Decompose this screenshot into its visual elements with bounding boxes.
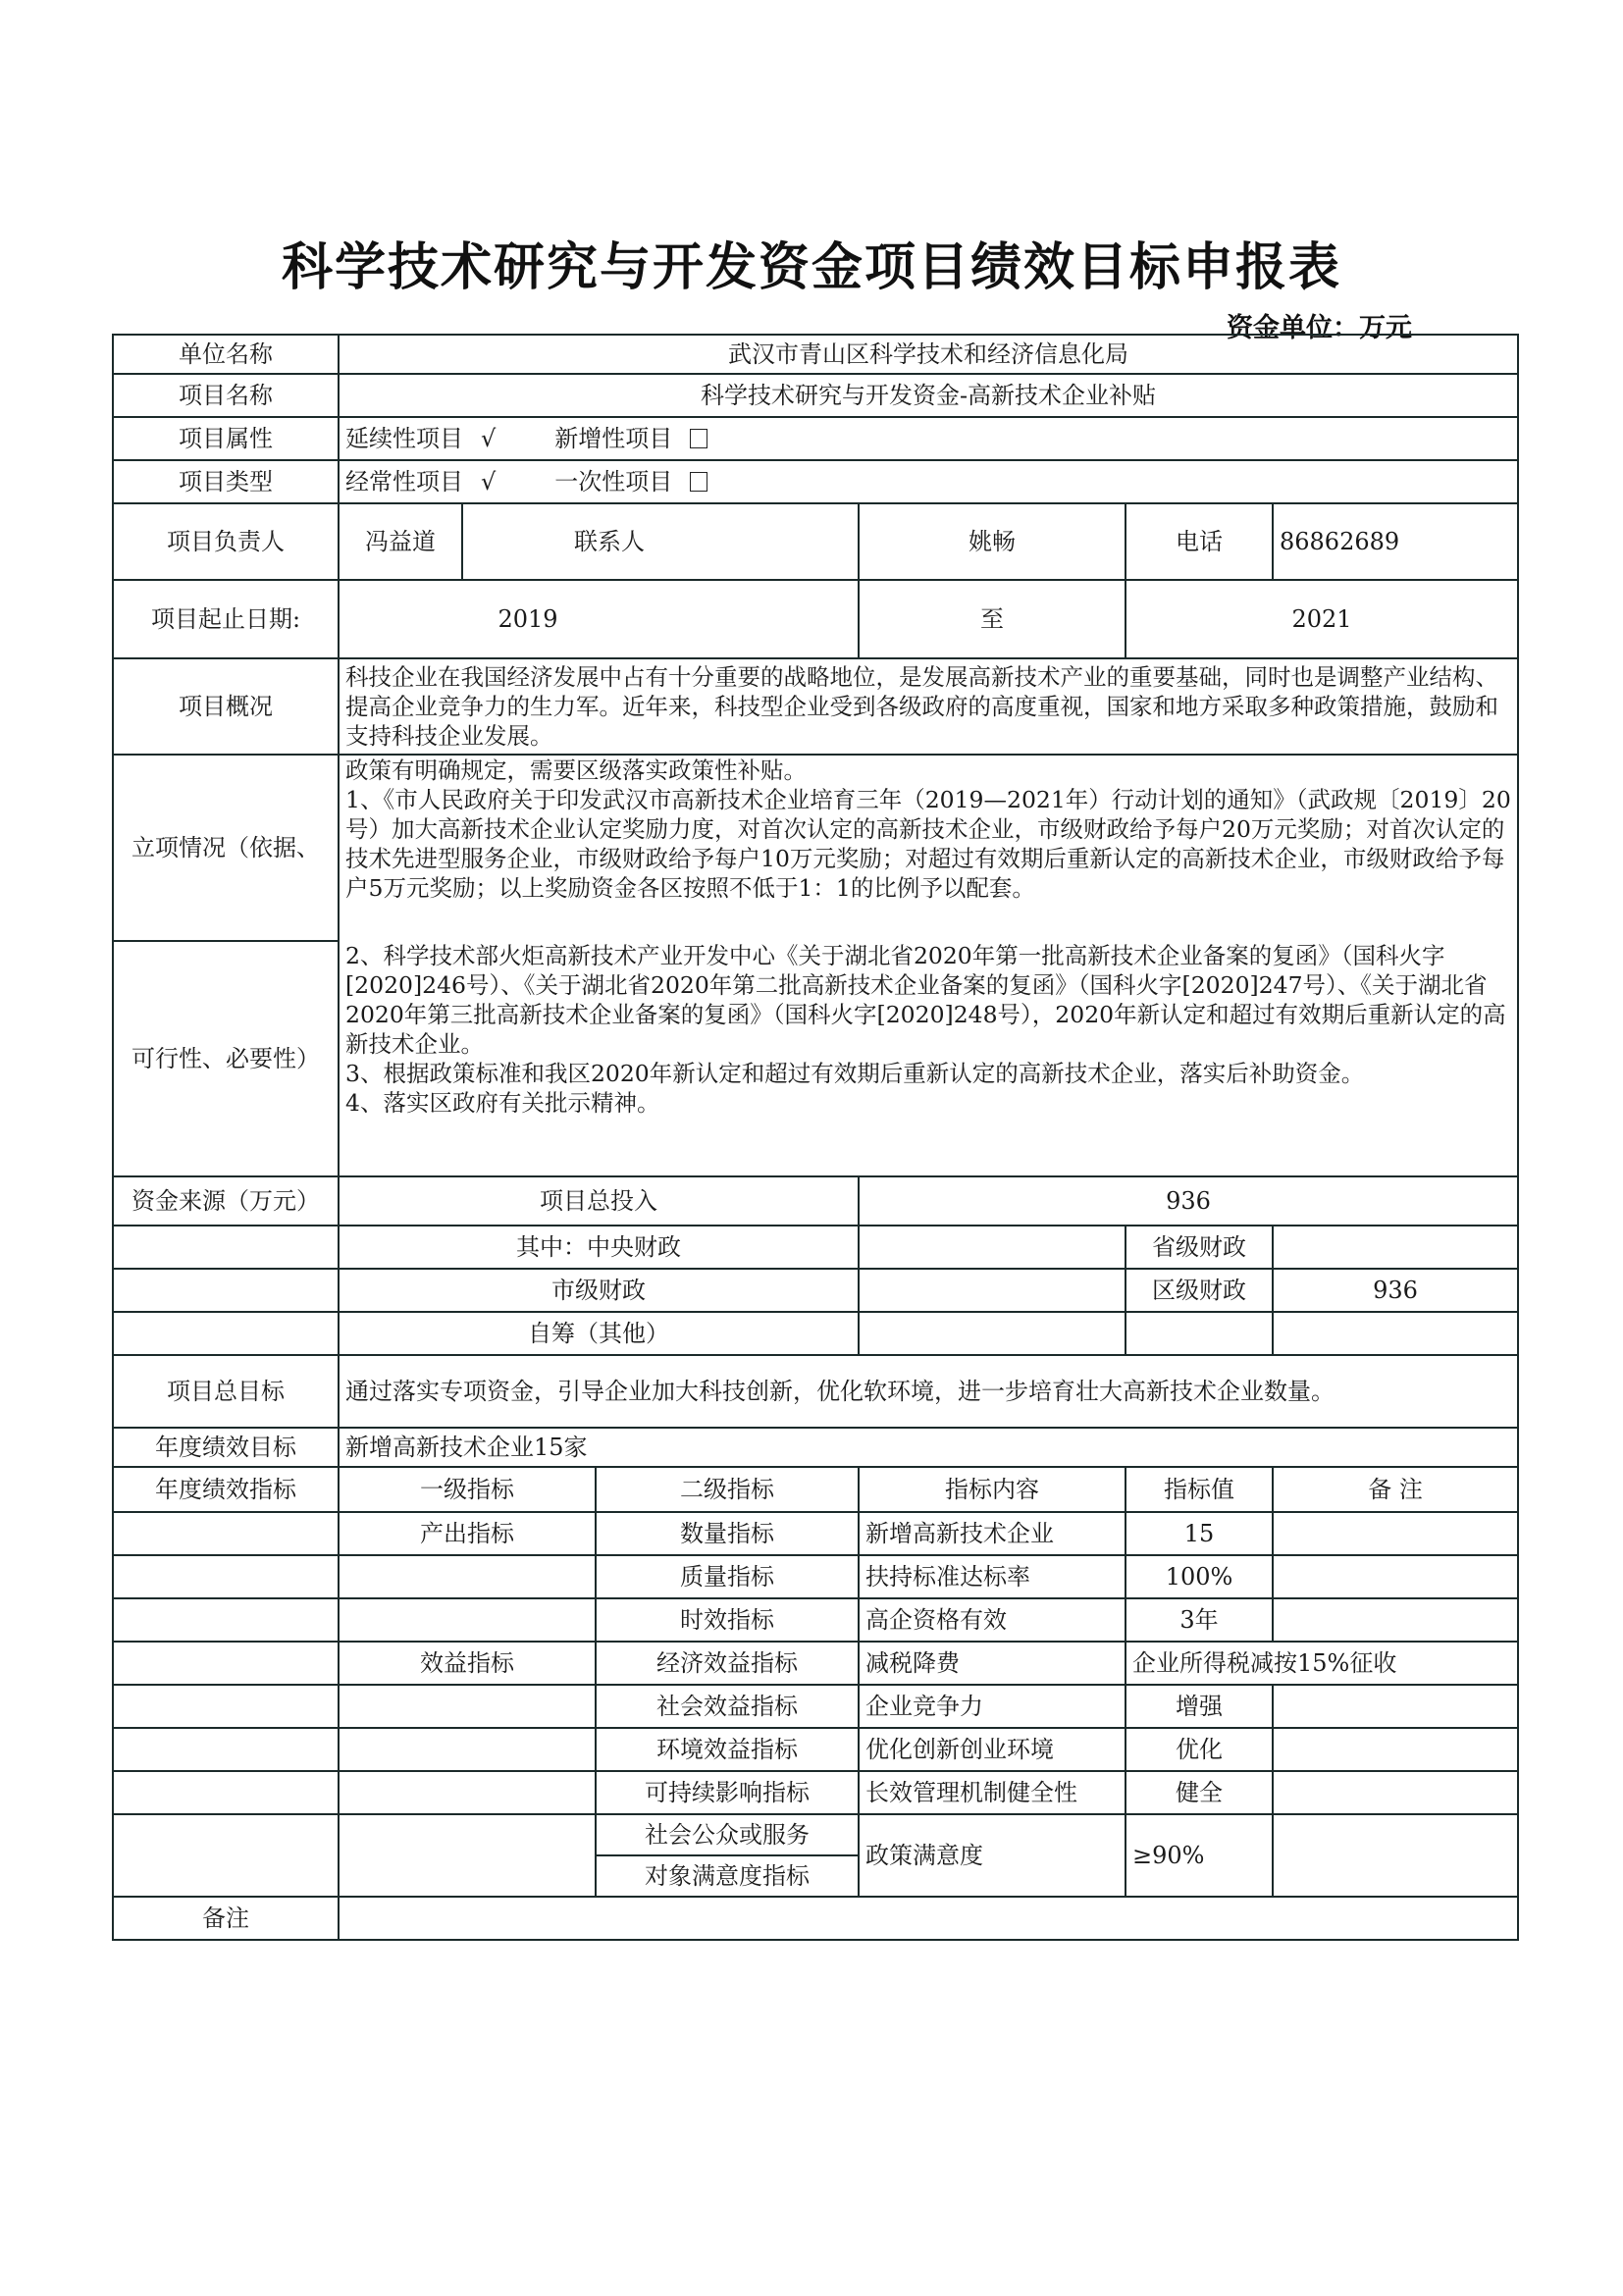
basis-label-part1: 立项情况（依据、 [113, 755, 339, 941]
project-overview-text: 科技企业在我国经济发展中占有十分重要的战略地位，是发展高新技术产业的重要基础，同… [339, 658, 1518, 755]
indicator-note [1273, 1728, 1518, 1771]
basis-item-3: 3、根据政策标准和我区2020年新认定和超过有效期后重新认定的高新技术企业，落实… [345, 1059, 1511, 1088]
row-funding-city: 市级财政 区级财政 936 [113, 1269, 1518, 1312]
header-value: 指标值 [1126, 1467, 1273, 1512]
indicator-note [1273, 1685, 1518, 1728]
indicator-empty-cell [113, 1598, 339, 1642]
indicator-note [1273, 1555, 1518, 1598]
indicator-level1 [339, 1771, 596, 1814]
indicator-empty-cell [113, 1814, 339, 1897]
row-unit-name: 单位名称 武汉市青山区科学技术和经济信息化局 [113, 335, 1518, 374]
contact-person-value: 姚畅 [859, 503, 1126, 580]
project-leader-label: 项目负责人 [113, 503, 339, 580]
funding-empty-cell [1126, 1312, 1273, 1355]
row-basis-part1: 立项情况（依据、 政策有明确规定，需要区级落实政策性补贴。 1、《市人民政府关于… [113, 755, 1518, 941]
indicator-note [1273, 1598, 1518, 1642]
project-attribute-label: 项目属性 [113, 417, 339, 460]
row-project-name: 项目名称 科学技术研究与开发资金-高新技术企业补贴 [113, 374, 1518, 417]
funding-empty-cell [113, 1226, 339, 1269]
indicator-row: 可持续影响指标 长效管理机制健全性 健全 [113, 1771, 1518, 1814]
satisfaction-value: ≥90% [1126, 1814, 1273, 1897]
header-level1: 一级指标 [339, 1467, 596, 1512]
document-title: 科学技术研究与开发资金项目绩效目标申报表 [0, 226, 1623, 299]
basis-item-2: 2、科学技术部火炬高新技术产业开发中心《关于湖北省2020年第一批高新技术企业备… [345, 941, 1511, 1059]
funding-empty-cell [113, 1312, 339, 1355]
indicator-note [1273, 1771, 1518, 1814]
row-overall-goal: 项目总目标 通过落实专项资金，引导企业加大科技创新，优化软环境，进一步培育壮大高… [113, 1355, 1518, 1428]
self-raised-value [859, 1312, 1126, 1355]
basis-text-part1: 政策有明确规定，需要区级落实政策性补贴。 1、《市人民政府关于印发武汉市高新技术… [339, 755, 1518, 941]
project-period-label: 项目起止日期: [113, 580, 339, 658]
contact-person-label: 联系人 [462, 503, 859, 580]
indicator-row-satisfaction: 社会公众或服务 政策满意度 ≥90% [113, 1814, 1518, 1855]
total-investment-label: 项目总投入 [339, 1176, 859, 1226]
row-basis-part2: 可行性、必要性） 2、科学技术部火炬高新技术产业开发中心《关于湖北省2020年第… [113, 941, 1518, 1176]
indicator-empty-cell [339, 1814, 596, 1897]
new-project-checkbox[interactable] [690, 429, 707, 448]
period-to: 至 [859, 580, 1126, 658]
continuing-project-checkmark-icon[interactable]: √ [481, 424, 496, 453]
phone-value: 86862689 [1273, 503, 1518, 580]
project-type-label: 项目类型 [113, 460, 339, 503]
satisfaction-content: 政策满意度 [859, 1814, 1126, 1897]
period-end-year: 2021 [1126, 580, 1518, 658]
district-finance-label: 区级财政 [1126, 1269, 1273, 1312]
indicator-level2: 社会效益指标 [596, 1685, 859, 1728]
indicator-value: 健全 [1126, 1771, 1273, 1814]
indicator-value: 15 [1126, 1512, 1273, 1555]
annual-goal-label: 年度绩效目标 [113, 1428, 339, 1467]
project-overview-label: 项目概况 [113, 658, 339, 755]
indicator-row: 时效指标 高企资格有效 3年 [113, 1598, 1518, 1642]
indicator-value: 优化 [1126, 1728, 1273, 1771]
indicator-level1 [339, 1728, 596, 1771]
basis-item-4: 4、落实区政府有关批示精神。 [345, 1088, 1511, 1118]
regular-project-label: 经常性项目 [345, 468, 463, 496]
indicator-row: 社会效益指标 企业竞争力 增强 [113, 1685, 1518, 1728]
performance-target-form: 单位名称 武汉市青山区科学技术和经济信息化局 项目名称 科学技术研究与开发资金-… [112, 334, 1519, 1941]
satisfaction-level2-line1: 社会公众或服务 [596, 1814, 859, 1855]
row-funding-self: 自筹（其他） [113, 1312, 1518, 1355]
one-time-project-label: 一次性项目 [554, 468, 672, 496]
indicator-level2: 环境效益指标 [596, 1728, 859, 1771]
indicator-level2: 质量指标 [596, 1555, 859, 1598]
satisfaction-note [1273, 1814, 1518, 1897]
indicator-empty-cell [113, 1728, 339, 1771]
basis-text-part2: 2、科学技术部火炬高新技术产业开发中心《关于湖北省2020年第一批高新技术企业备… [339, 941, 1518, 1176]
indicator-content: 优化创新创业环境 [859, 1728, 1126, 1771]
project-type-options: 经常性项目√一次性项目 [339, 460, 1518, 503]
unit-name-label: 单位名称 [113, 335, 339, 374]
row-project-type: 项目类型 经常性项目√一次性项目 [113, 460, 1518, 503]
indicator-value: 3年 [1126, 1598, 1273, 1642]
indicator-level2: 可持续影响指标 [596, 1771, 859, 1814]
project-attribute-options: 延续性项目√新增性项目 [339, 417, 1518, 460]
row-annual-goal: 年度绩效目标 新增高新技术企业15家 [113, 1428, 1518, 1467]
phone-label: 电话 [1126, 503, 1273, 580]
indicator-value: 100% [1126, 1555, 1273, 1598]
remarks-value[interactable] [339, 1897, 1518, 1940]
indicator-row: 产出指标 数量指标 新增高新技术企业 15 [113, 1512, 1518, 1555]
indicator-level1 [339, 1598, 596, 1642]
row-contacts: 项目负责人 冯益道 联系人 姚畅 电话 86862689 [113, 503, 1518, 580]
self-raised-label: 自筹（其他） [339, 1312, 859, 1355]
row-funding-central: 其中：中央财政 省级财政 [113, 1226, 1518, 1269]
indicator-empty-cell [113, 1512, 339, 1555]
central-finance-value [859, 1226, 1126, 1269]
remarks-label: 备注 [113, 1897, 339, 1940]
district-finance-value: 936 [1273, 1269, 1518, 1312]
indicator-row: 质量指标 扶持标准达标率 100% [113, 1555, 1518, 1598]
indicators-label: 年度绩效指标 [113, 1467, 339, 1512]
project-name-value: 科学技术研究与开发资金-高新技术企业补贴 [339, 374, 1518, 417]
provincial-finance-value [1273, 1226, 1518, 1269]
funding-empty-cell [113, 1269, 339, 1312]
indicator-content: 新增高新技术企业 [859, 1512, 1126, 1555]
funding-empty-cell [1273, 1312, 1518, 1355]
indicator-value: 企业所得税减按15%征收 [1126, 1642, 1518, 1685]
indicator-level1: 产出指标 [339, 1512, 596, 1555]
row-indicators-header: 年度绩效指标 一级指标 二级指标 指标内容 指标值 备 注 [113, 1467, 1518, 1512]
indicator-content: 长效管理机制健全性 [859, 1771, 1126, 1814]
overall-goal-value: 通过落实专项资金，引导企业加大科技创新，优化软环境，进一步培育壮大高新技术企业数… [339, 1355, 1518, 1428]
satisfaction-level2-line2: 对象满意度指标 [596, 1855, 859, 1897]
funding-source-label: 资金来源（万元） [113, 1176, 339, 1226]
indicator-level2: 经济效益指标 [596, 1642, 859, 1685]
row-project-period: 项目起止日期: 2019 至 2021 [113, 580, 1518, 658]
one-time-project-checkbox[interactable] [690, 472, 707, 492]
annual-goal-value: 新增高新技术企业15家 [339, 1428, 1518, 1467]
indicator-value: 增强 [1126, 1685, 1273, 1728]
indicator-content: 企业竞争力 [859, 1685, 1126, 1728]
indicator-content: 高企资格有效 [859, 1598, 1126, 1642]
indicator-content: 扶持标准达标率 [859, 1555, 1126, 1598]
indicator-empty-cell [113, 1642, 339, 1685]
total-investment-value: 936 [859, 1176, 1518, 1226]
header-content: 指标内容 [859, 1467, 1126, 1512]
indicator-empty-cell [113, 1685, 339, 1728]
indicator-level1: 效益指标 [339, 1642, 596, 1685]
city-finance-label: 市级财政 [339, 1269, 859, 1312]
row-project-overview: 项目概况 科技企业在我国经济发展中占有十分重要的战略地位，是发展高新技术产业的重… [113, 658, 1518, 755]
indicator-empty-cell [113, 1771, 339, 1814]
header-level2: 二级指标 [596, 1467, 859, 1512]
continuing-project-label: 延续性项目 [345, 425, 463, 452]
indicator-level1 [339, 1555, 596, 1598]
indicator-level1 [339, 1685, 596, 1728]
provincial-finance-label: 省级财政 [1126, 1226, 1273, 1269]
basis-intro: 政策有明确规定，需要区级落实政策性补贴。 [345, 756, 1511, 785]
new-project-label: 新增性项目 [554, 425, 672, 452]
overall-goal-label: 项目总目标 [113, 1355, 339, 1428]
basis-label-part2: 可行性、必要性） [113, 941, 339, 1176]
indicator-content: 减税降费 [859, 1642, 1126, 1685]
central-finance-label: 其中：中央财政 [339, 1226, 859, 1269]
row-project-attribute: 项目属性 延续性项目√新增性项目 [113, 417, 1518, 460]
indicator-empty-cell [113, 1555, 339, 1598]
header-note: 备 注 [1273, 1467, 1518, 1512]
indicator-level2: 时效指标 [596, 1598, 859, 1642]
indicator-level2: 数量指标 [596, 1512, 859, 1555]
unit-name-value: 武汉市青山区科学技术和经济信息化局 [339, 335, 1518, 374]
period-start-year: 2019 [339, 580, 859, 658]
city-finance-value [859, 1269, 1126, 1312]
regular-project-checkmark-icon[interactable]: √ [481, 467, 496, 496]
basis-item-1: 1、《市人民政府关于印发武汉市高新技术企业培育三年（2019—2021年）行动计… [345, 785, 1511, 903]
indicator-note [1273, 1512, 1518, 1555]
indicator-row: 环境效益指标 优化创新创业环境 优化 [113, 1728, 1518, 1771]
row-funding-total: 资金来源（万元） 项目总投入 936 [113, 1176, 1518, 1226]
row-remarks: 备注 [113, 1897, 1518, 1940]
project-leader-value: 冯益道 [339, 503, 462, 580]
project-name-label: 项目名称 [113, 374, 339, 417]
indicator-row: 效益指标 经济效益指标 减税降费 企业所得税减按15%征收 [113, 1642, 1518, 1685]
